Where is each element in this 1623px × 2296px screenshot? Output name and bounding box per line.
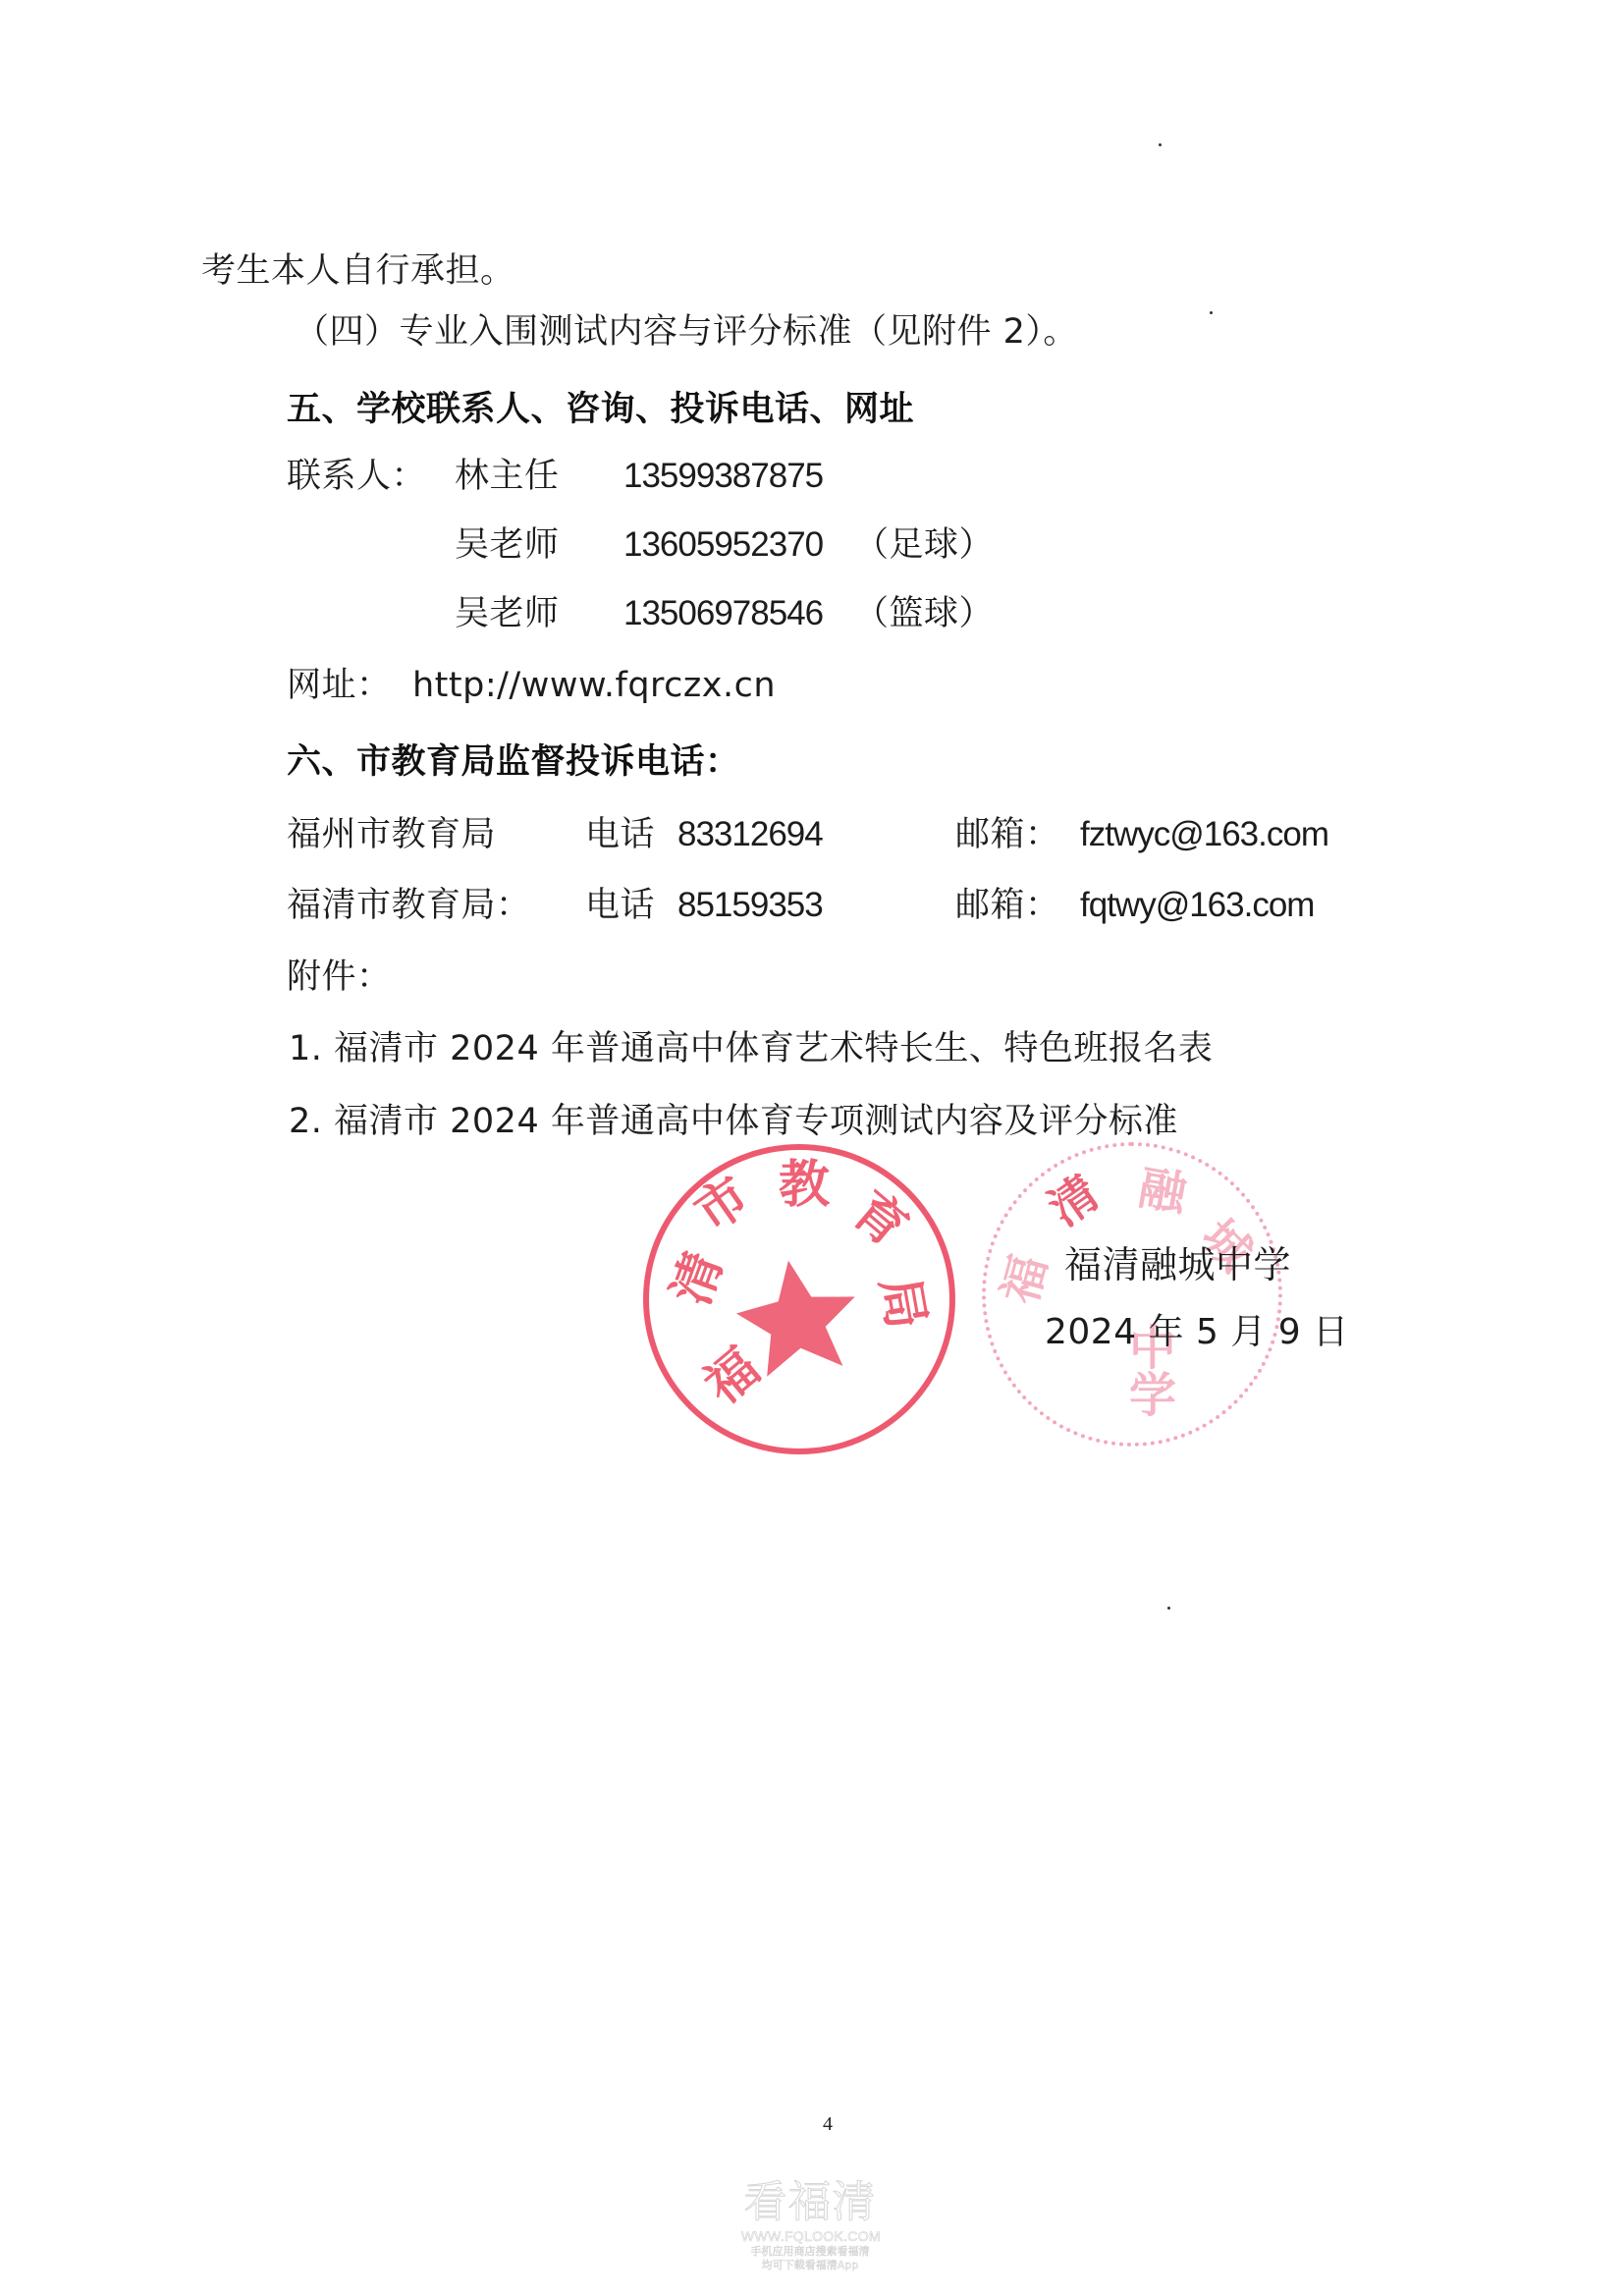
watermark-line: 手机应用商店搜索看福清 <box>741 2245 879 2259</box>
stamp-char: 福 <box>993 1244 1057 1314</box>
contact-phone: 13599387875 <box>623 457 823 496</box>
signature-organization: 福清融城中学 <box>1064 1245 1291 1285</box>
bureau-phone: 83312694 <box>677 815 823 854</box>
scan-dot <box>1167 1607 1170 1610</box>
contact-name: 林主任 <box>455 457 560 496</box>
bureau-name: 福清市教育局： <box>287 886 531 925</box>
watermark-logo: 看福清 <box>741 2178 879 2227</box>
contact-name: 吴老师 <box>455 594 560 633</box>
contact-note: （足球） <box>854 525 994 565</box>
bureau-phone-label: 电话 <box>585 886 655 925</box>
section-five-heading: 五、学校联系人、咨询、投诉电话、网址 <box>287 390 914 429</box>
item-four-text: （四）专业入围测试内容与评分标准（见附件 2）。 <box>295 312 1078 352</box>
scan-dot <box>1159 143 1162 146</box>
attachment-item: 1. 福清市 2024 年普通高中体育艺术特长生、特色班报名表 <box>289 1029 1213 1068</box>
contact-note: （篮球） <box>854 594 994 633</box>
bureau-phone: 85159353 <box>677 886 823 925</box>
contact-phone: 13605952370 <box>623 525 823 565</box>
contact-phone: 13506978546 <box>623 594 823 633</box>
star-icon <box>649 1150 949 1449</box>
watermark-url: WWW.FQLOOK.COM <box>741 2227 879 2245</box>
attachment-item: 2. 福清市 2024 年普通高中体育专项测试内容及评分标准 <box>289 1102 1178 1141</box>
section-six-heading: 六、市教育局监督投诉电话： <box>287 742 740 782</box>
continuation-text: 考生本人自行承担。 <box>201 251 515 291</box>
attachments-label: 附件： <box>287 957 392 997</box>
watermark-line: 均可下载看福清App <box>741 2259 879 2272</box>
website-link[interactable]: http://www.fqrczx.cn <box>412 666 776 705</box>
website-label: 网址： <box>287 666 392 705</box>
bureau-email[interactable]: fqtwy@163.com <box>1080 886 1314 925</box>
stamp-char: 学 <box>1123 1370 1182 1421</box>
signature-date: 2024 年 5 月 9 日 <box>1045 1313 1349 1352</box>
contact-label: 联系人： <box>287 457 426 496</box>
bureau-name: 福州市教育局 <box>287 815 496 854</box>
school-stamp: 福 清 融 城 中 学 <box>982 1142 1282 1447</box>
contact-name: 吴老师 <box>455 525 560 565</box>
bureau-email[interactable]: fztwyc@163.com <box>1080 815 1328 854</box>
scan-dot <box>1210 311 1213 314</box>
page-number: 4 <box>823 2113 833 2136</box>
watermark: 看福清 WWW.FQLOOK.COM 手机应用商店搜索看福清 均可下载看福清Ap… <box>741 2178 879 2272</box>
education-bureau-stamp: 福 清 市 教 育 局 <box>643 1144 955 1454</box>
bureau-phone-label: 电话 <box>585 815 655 854</box>
bureau-email-label: 邮箱： <box>955 886 1060 925</box>
stamp-char: 融 <box>1129 1161 1196 1222</box>
stamp-char: 清 <box>1036 1163 1113 1238</box>
bureau-email-label: 邮箱： <box>955 815 1060 854</box>
